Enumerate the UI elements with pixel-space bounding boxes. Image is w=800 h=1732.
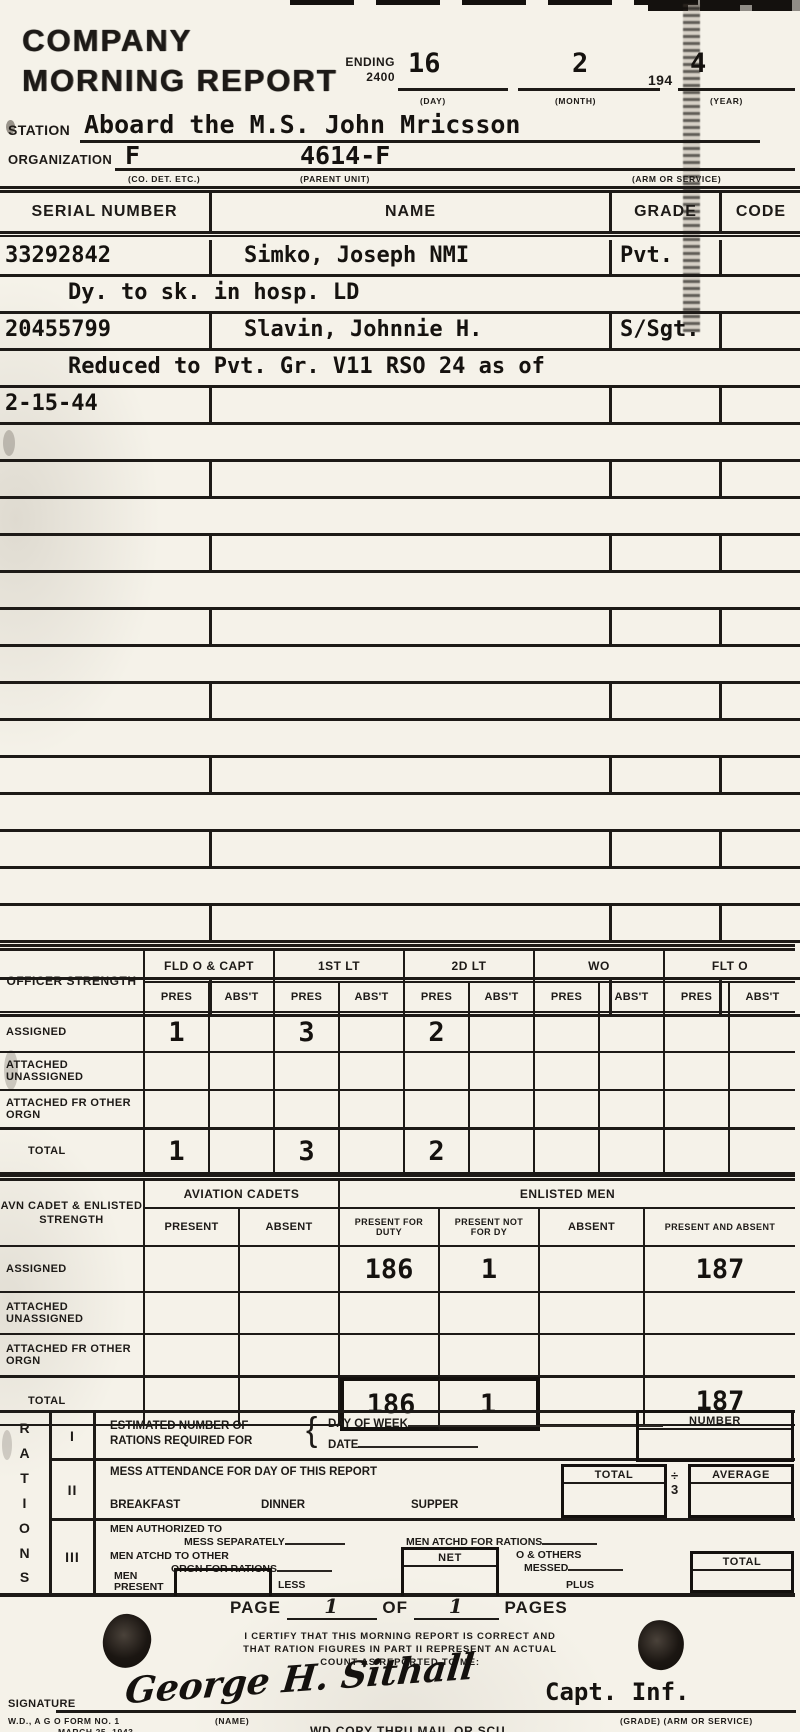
roster-entry-row bbox=[0, 684, 800, 721]
roster-code-value bbox=[722, 240, 800, 274]
divide-by-3: ÷3 bbox=[671, 1469, 678, 1497]
breakfast-label: BREAKFAST bbox=[110, 1499, 180, 1511]
form-id: W.D., A G O FORM NO. 1 bbox=[8, 1716, 120, 1726]
officer-value-cell bbox=[405, 1053, 470, 1091]
rations-numeral-3: III bbox=[52, 1521, 96, 1593]
roster-remark-row bbox=[0, 499, 800, 536]
officer-group-header: 1ST LT bbox=[275, 951, 405, 983]
organization-label: ORGANIZATION bbox=[8, 152, 112, 167]
enlisted-row-label: ATTACHED UNASSIGNED bbox=[0, 1293, 145, 1335]
enlisted-value-cell: 186 bbox=[340, 1247, 440, 1293]
rations-letters: RATIONS bbox=[0, 1413, 52, 1593]
ending-label: ENDING bbox=[325, 55, 395, 70]
officer-value-cell bbox=[470, 1053, 535, 1091]
roster-serial-value bbox=[0, 536, 212, 570]
page-label: PAGE bbox=[230, 1598, 281, 1617]
enlisted-value-cell bbox=[440, 1335, 540, 1377]
rations-section: RATIONS I ESTIMATED NUMBER OF RATIONS RE… bbox=[0, 1410, 795, 1597]
roster-serial-value bbox=[0, 684, 212, 718]
day-underline bbox=[398, 88, 508, 91]
rations-estimated-label2: RATIONS REQUIRED FOR bbox=[110, 1435, 252, 1447]
officer-value-cell: 1 bbox=[145, 1129, 210, 1174]
roster-remark-row: Reduced to Pvt. Gr. V11 RSO 24 as of bbox=[0, 351, 800, 388]
roster-entry-row bbox=[0, 462, 800, 499]
ending-2400-label: 2400 bbox=[325, 70, 395, 85]
enlisted-col-header: ABSENT bbox=[240, 1209, 340, 1247]
mess-attendance-label: MESS ATTENDANCE FOR DAY OF THIS REPORT bbox=[110, 1466, 377, 1478]
officer-value-cell bbox=[535, 1091, 600, 1129]
roster-header-code: CODE bbox=[722, 193, 800, 231]
roster-code-value bbox=[722, 906, 800, 940]
officer-group-header: FLT O bbox=[665, 951, 795, 983]
officer-value-cell bbox=[535, 1013, 600, 1053]
roster-entry-row bbox=[0, 758, 800, 795]
roster-entry-row bbox=[0, 610, 800, 647]
roster-code-value bbox=[722, 462, 800, 496]
year-sublabel: (YEAR) bbox=[710, 96, 743, 106]
ink-stamp-right bbox=[636, 1618, 687, 1673]
officer-subheader: ABS'T bbox=[600, 983, 665, 1013]
roster-entry-row bbox=[0, 832, 800, 869]
officer-value-cell bbox=[730, 1053, 795, 1091]
officer-value-cell: 3 bbox=[275, 1013, 340, 1053]
supper-label: SUPPER bbox=[411, 1499, 458, 1511]
net-box: NET bbox=[401, 1547, 499, 1596]
rations-side-letter: R bbox=[19, 1420, 29, 1436]
roster-grade-value bbox=[612, 462, 722, 496]
year-prefix: 194 bbox=[648, 72, 673, 88]
officer-value-cell bbox=[535, 1053, 600, 1091]
enlisted-value-cell bbox=[645, 1335, 795, 1377]
officer-value-cell bbox=[600, 1013, 665, 1053]
enlisted-strength-table: AVN CADET & ENLISTED STRENGTHAVIATION CA… bbox=[0, 1178, 795, 1431]
enlisted-value-cell bbox=[540, 1335, 645, 1377]
officer-value-cell bbox=[210, 1129, 275, 1174]
enlisted-value-cell bbox=[240, 1247, 340, 1293]
roster-header-row: SERIAL NUMBER NAME GRADE CODE bbox=[0, 190, 800, 234]
enlisted-strength-corner-label: AVN CADET & ENLISTED STRENGTH bbox=[0, 1181, 145, 1247]
of-label: OF bbox=[382, 1598, 408, 1617]
station-value: Aboard the M.S. John Mricsson bbox=[84, 110, 521, 139]
enlisted-col-header: PRESENT NOT FOR DY bbox=[440, 1209, 540, 1247]
enlisted-value-cell bbox=[145, 1247, 240, 1293]
officer-value-cell bbox=[145, 1053, 210, 1091]
month-underline bbox=[518, 88, 660, 91]
officer-value-cell: 3 bbox=[275, 1129, 340, 1174]
roster-serial-value: 2-15-44 bbox=[0, 388, 212, 422]
form-title-line2: MORNING REPORT bbox=[22, 62, 338, 99]
roster-code-value bbox=[722, 684, 800, 718]
pages-label: PAGES bbox=[504, 1598, 567, 1617]
officer-value-cell bbox=[600, 1129, 665, 1174]
officer-subheader: PRES bbox=[405, 983, 470, 1013]
rations-row3: MEN AUTHORIZED TO MESS SEPARATELY MEN AT… bbox=[96, 1521, 795, 1593]
officer-value-cell bbox=[340, 1013, 405, 1053]
year-underline bbox=[678, 88, 795, 91]
roster-code-value bbox=[722, 314, 800, 348]
officer-value-cell bbox=[210, 1053, 275, 1091]
rations-side-letter: S bbox=[20, 1569, 29, 1585]
officer-value-cell bbox=[210, 1091, 275, 1129]
roster-name-value bbox=[212, 758, 612, 792]
pages-total-value: 1 bbox=[414, 1594, 499, 1620]
officer-value-cell bbox=[470, 1091, 535, 1129]
enlisted-value-cell bbox=[145, 1335, 240, 1377]
rations-side-letter: N bbox=[19, 1545, 29, 1561]
station-label: STATION bbox=[8, 122, 70, 138]
station-underline bbox=[80, 140, 760, 143]
officer-row-label: TOTAL bbox=[0, 1129, 145, 1174]
officer-subheader: PRES bbox=[665, 983, 730, 1013]
mess-average-box: AVERAGE bbox=[688, 1464, 794, 1518]
organization-parent-value: 4614-F bbox=[300, 141, 390, 170]
roster-grade-value bbox=[612, 536, 722, 570]
rations-numeral-2: II bbox=[52, 1461, 96, 1521]
officer-value-cell bbox=[665, 1129, 730, 1174]
roster-grade-value bbox=[612, 388, 722, 422]
enlisted-value-cell bbox=[145, 1293, 240, 1335]
officer-subheader: PRES bbox=[145, 983, 210, 1013]
number-box: NUMBER bbox=[636, 1410, 794, 1462]
enlisted-col-header: PRESENT bbox=[145, 1209, 240, 1247]
form-date: MARCH 25, 1943 bbox=[58, 1727, 133, 1732]
enlisted-value-cell bbox=[540, 1293, 645, 1335]
enlisted-value-cell bbox=[645, 1293, 795, 1335]
mess-total-box: TOTAL bbox=[561, 1464, 667, 1518]
officer-value-cell bbox=[470, 1013, 535, 1053]
roster-entry-row: 20455799Slavin, Johnnie H.S/Sgt. bbox=[0, 314, 800, 351]
rations-estimated-label1: ESTIMATED NUMBER OF bbox=[110, 1420, 248, 1432]
officer-value-cell bbox=[340, 1129, 405, 1174]
roster-header-grade: GRADE bbox=[612, 193, 722, 231]
roster-grade-value: S/Sgt. bbox=[612, 314, 722, 348]
signature-label: SIGNATURE bbox=[8, 1698, 76, 1710]
officer-value-cell bbox=[600, 1053, 665, 1091]
roster-grade-value bbox=[612, 758, 722, 792]
ink-stamp-left bbox=[99, 1611, 154, 1671]
roster-header-serial: SERIAL NUMBER bbox=[0, 193, 212, 231]
men-present-label: MENPRESENT bbox=[114, 1571, 164, 1593]
officer-subheader: PRES bbox=[535, 983, 600, 1013]
morning-report-form: COMPANY MORNING REPORT ENDING 2400 16 (D… bbox=[0, 0, 800, 1732]
officer-value-cell bbox=[145, 1091, 210, 1129]
men-atchd-other-label: MEN ATCHD TO OTHER bbox=[110, 1550, 229, 1562]
page-line: PAGE 1 OF 1 PAGES bbox=[230, 1594, 568, 1620]
officer-value-cell bbox=[535, 1129, 600, 1174]
enlisted-value-cell bbox=[340, 1293, 440, 1335]
officer-value-cell bbox=[730, 1091, 795, 1129]
officer-value-cell: 1 bbox=[145, 1013, 210, 1053]
roster-name-value bbox=[212, 610, 612, 644]
officer-value-cell bbox=[275, 1091, 340, 1129]
enlisted-col-header: PRESENT FOR DUTY bbox=[340, 1209, 440, 1247]
roster-remark-row bbox=[0, 425, 800, 462]
roster-serial-value bbox=[0, 758, 212, 792]
officer-value-cell bbox=[600, 1091, 665, 1129]
officer-value-cell bbox=[405, 1091, 470, 1129]
enlisted-row-label: ATTACHED FR OTHER ORGN bbox=[0, 1335, 145, 1377]
scan-corner-artifact bbox=[648, 0, 800, 11]
officer-value-cell bbox=[340, 1053, 405, 1091]
enlisted-value-cell bbox=[240, 1335, 340, 1377]
officer-group-header: WO bbox=[535, 951, 665, 983]
organization-company-value: F bbox=[125, 141, 140, 170]
roster-name-value bbox=[212, 832, 612, 866]
roster-name-value: Slavin, Johnnie H. bbox=[212, 314, 612, 348]
rations-side-letter: I bbox=[23, 1495, 27, 1511]
roster-code-value bbox=[722, 758, 800, 792]
enlisted-value-cell bbox=[540, 1247, 645, 1293]
officer-value-cell bbox=[730, 1013, 795, 1053]
form-title-line1: COMPANY bbox=[22, 22, 192, 59]
men-present-box bbox=[174, 1568, 272, 1596]
officer-value-cell bbox=[210, 1013, 275, 1053]
officer-value-cell bbox=[665, 1091, 730, 1129]
o-and-others-label: O & OTHERS bbox=[516, 1549, 581, 1561]
roster-name-value bbox=[212, 388, 612, 422]
rations-side-letter: A bbox=[19, 1445, 29, 1461]
org-sublabel-parent: (PARENT UNIT) bbox=[300, 174, 370, 184]
certify-line1: I CERTIFY THAT THIS MORNING REPORT IS CO… bbox=[180, 1630, 620, 1643]
roster-code-value bbox=[722, 536, 800, 570]
grade-sublabel: (GRADE) (ARM OR SERVICE) bbox=[620, 1716, 753, 1726]
signature-grade-value: Capt. Inf. bbox=[545, 1678, 690, 1706]
enlisted-men-group-header: ENLISTED MEN bbox=[340, 1181, 795, 1209]
rations-row2: MESS ATTENDANCE FOR DAY OF THIS REPORT B… bbox=[96, 1461, 795, 1521]
rations-side-letter: O bbox=[19, 1520, 30, 1536]
roster-remark-row bbox=[0, 573, 800, 610]
roster-remark-row: Dy. to sk. in hosp. LD bbox=[0, 277, 800, 314]
enlisted-value-cell bbox=[440, 1293, 540, 1335]
officer-value-cell bbox=[665, 1013, 730, 1053]
roster-remark-row bbox=[0, 869, 800, 906]
men-authorized-label: MEN AUTHORIZED TO bbox=[110, 1523, 222, 1535]
roster-name-value bbox=[212, 462, 612, 496]
date-label: DATE bbox=[328, 1439, 478, 1451]
officer-value-cell bbox=[730, 1129, 795, 1174]
officer-subheader: ABS'T bbox=[730, 983, 795, 1013]
less-label: LESS bbox=[278, 1579, 305, 1591]
enlisted-col-header: PRESENT AND ABSENT bbox=[645, 1209, 795, 1247]
roster-entry-row: 2-15-44 bbox=[0, 388, 800, 425]
signature-line bbox=[56, 1710, 796, 1713]
roster-entry-row: 33292842Simko, Joseph NMIPvt. bbox=[0, 240, 800, 277]
roster-remark-row bbox=[0, 647, 800, 684]
organization-underline bbox=[115, 168, 795, 171]
roster-serial-value bbox=[0, 610, 212, 644]
roster-serial-value bbox=[0, 462, 212, 496]
officer-subheader: ABS'T bbox=[340, 983, 405, 1013]
messed-label: MESSED bbox=[524, 1562, 623, 1574]
officer-group-header: FLD O & CAPT bbox=[145, 951, 275, 983]
officer-value-cell: 2 bbox=[405, 1129, 470, 1174]
officer-value-cell bbox=[340, 1091, 405, 1129]
roster-name-value: Simko, Joseph NMI bbox=[212, 240, 612, 274]
mess-separately-label: MESS SEPARATELY bbox=[184, 1536, 345, 1548]
month-value: 2 bbox=[572, 48, 588, 79]
roster-entry-row bbox=[0, 906, 800, 943]
day-of-week-label: DAY OF WEEK bbox=[328, 1418, 663, 1430]
month-sublabel: (MONTH) bbox=[555, 96, 596, 106]
rations-row1: ESTIMATED NUMBER OF RATIONS REQUIRED FOR… bbox=[96, 1413, 795, 1461]
roster-header-name: NAME bbox=[212, 193, 612, 231]
roster-code-value bbox=[722, 388, 800, 422]
roster-remark-row bbox=[0, 721, 800, 758]
roster-table: SERIAL NUMBER NAME GRADE CODE 33292842Si… bbox=[0, 190, 800, 1017]
officer-row-label: ATTACHED FR OTHER ORGN bbox=[0, 1091, 145, 1129]
officer-value-cell bbox=[275, 1053, 340, 1091]
page-number-value: 1 bbox=[287, 1594, 377, 1620]
roster-grade-value bbox=[612, 832, 722, 866]
plus-label: PLUS bbox=[566, 1579, 594, 1591]
officer-strength-table: OFFICER STRENGTHFLD O & CAPT1ST LT2D LTW… bbox=[0, 948, 795, 1174]
roster-remark-row bbox=[0, 795, 800, 832]
org-sublabel-arm: (ARM OR SERVICE) bbox=[632, 174, 721, 184]
name-sublabel: (NAME) bbox=[215, 1716, 249, 1726]
officer-strength-corner-label: OFFICER STRENGTH bbox=[0, 951, 145, 1013]
officer-value-cell: 2 bbox=[405, 1013, 470, 1053]
officer-row-label: ATTACHED UNASSIGNED bbox=[0, 1053, 145, 1091]
brace: { bbox=[306, 1411, 317, 1450]
aviation-cadets-group-header: AVIATION CADETS bbox=[145, 1181, 340, 1209]
officer-subheader: ABS'T bbox=[210, 983, 275, 1013]
day-value: 16 bbox=[408, 48, 441, 79]
roster-grade-value: Pvt. bbox=[612, 240, 722, 274]
roster-name-value bbox=[212, 684, 612, 718]
officer-group-header: 2D LT bbox=[405, 951, 535, 983]
roster-code-value bbox=[722, 610, 800, 644]
rations-side-letter: T bbox=[20, 1470, 29, 1486]
dinner-label: DINNER bbox=[261, 1499, 305, 1511]
year-value: 4 bbox=[690, 48, 706, 79]
roster-body: 33292842Simko, Joseph NMIPvt.Dy. to sk. … bbox=[0, 240, 800, 1017]
roster-entry-row bbox=[0, 536, 800, 573]
officer-value-cell bbox=[665, 1053, 730, 1091]
officer-subheader: PRES bbox=[275, 983, 340, 1013]
enlisted-col-header: ABSENT bbox=[540, 1209, 645, 1247]
officer-row-label: ASSIGNED bbox=[0, 1013, 145, 1053]
roster-name-value bbox=[212, 536, 612, 570]
officer-value-cell bbox=[470, 1129, 535, 1174]
roster-serial-value: 20455799 bbox=[0, 314, 212, 348]
rations-total-box: TOTAL bbox=[690, 1551, 794, 1593]
officer-subheader: ABS'T bbox=[470, 983, 535, 1013]
roster-name-value bbox=[212, 906, 612, 940]
day-sublabel: (DAY) bbox=[420, 96, 446, 106]
enlisted-row-label: ASSIGNED bbox=[0, 1247, 145, 1293]
copy-note: WD COPY THRU MAIL OR SCU bbox=[310, 1724, 505, 1732]
roster-serial-value: 33292842 bbox=[0, 240, 212, 274]
roster-serial-value bbox=[0, 906, 212, 940]
rations-numeral-1: I bbox=[52, 1413, 96, 1461]
roster-serial-value bbox=[0, 832, 212, 866]
roster-grade-value bbox=[612, 684, 722, 718]
org-sublabel-co: (CO. DET. ETC.) bbox=[128, 174, 200, 184]
enlisted-value-cell: 187 bbox=[645, 1247, 795, 1293]
enlisted-value-cell bbox=[340, 1335, 440, 1377]
roster-grade-value bbox=[612, 906, 722, 940]
roster-grade-value bbox=[612, 610, 722, 644]
enlisted-value-cell bbox=[240, 1293, 340, 1335]
enlisted-value-cell: 1 bbox=[440, 1247, 540, 1293]
roster-code-value bbox=[722, 832, 800, 866]
